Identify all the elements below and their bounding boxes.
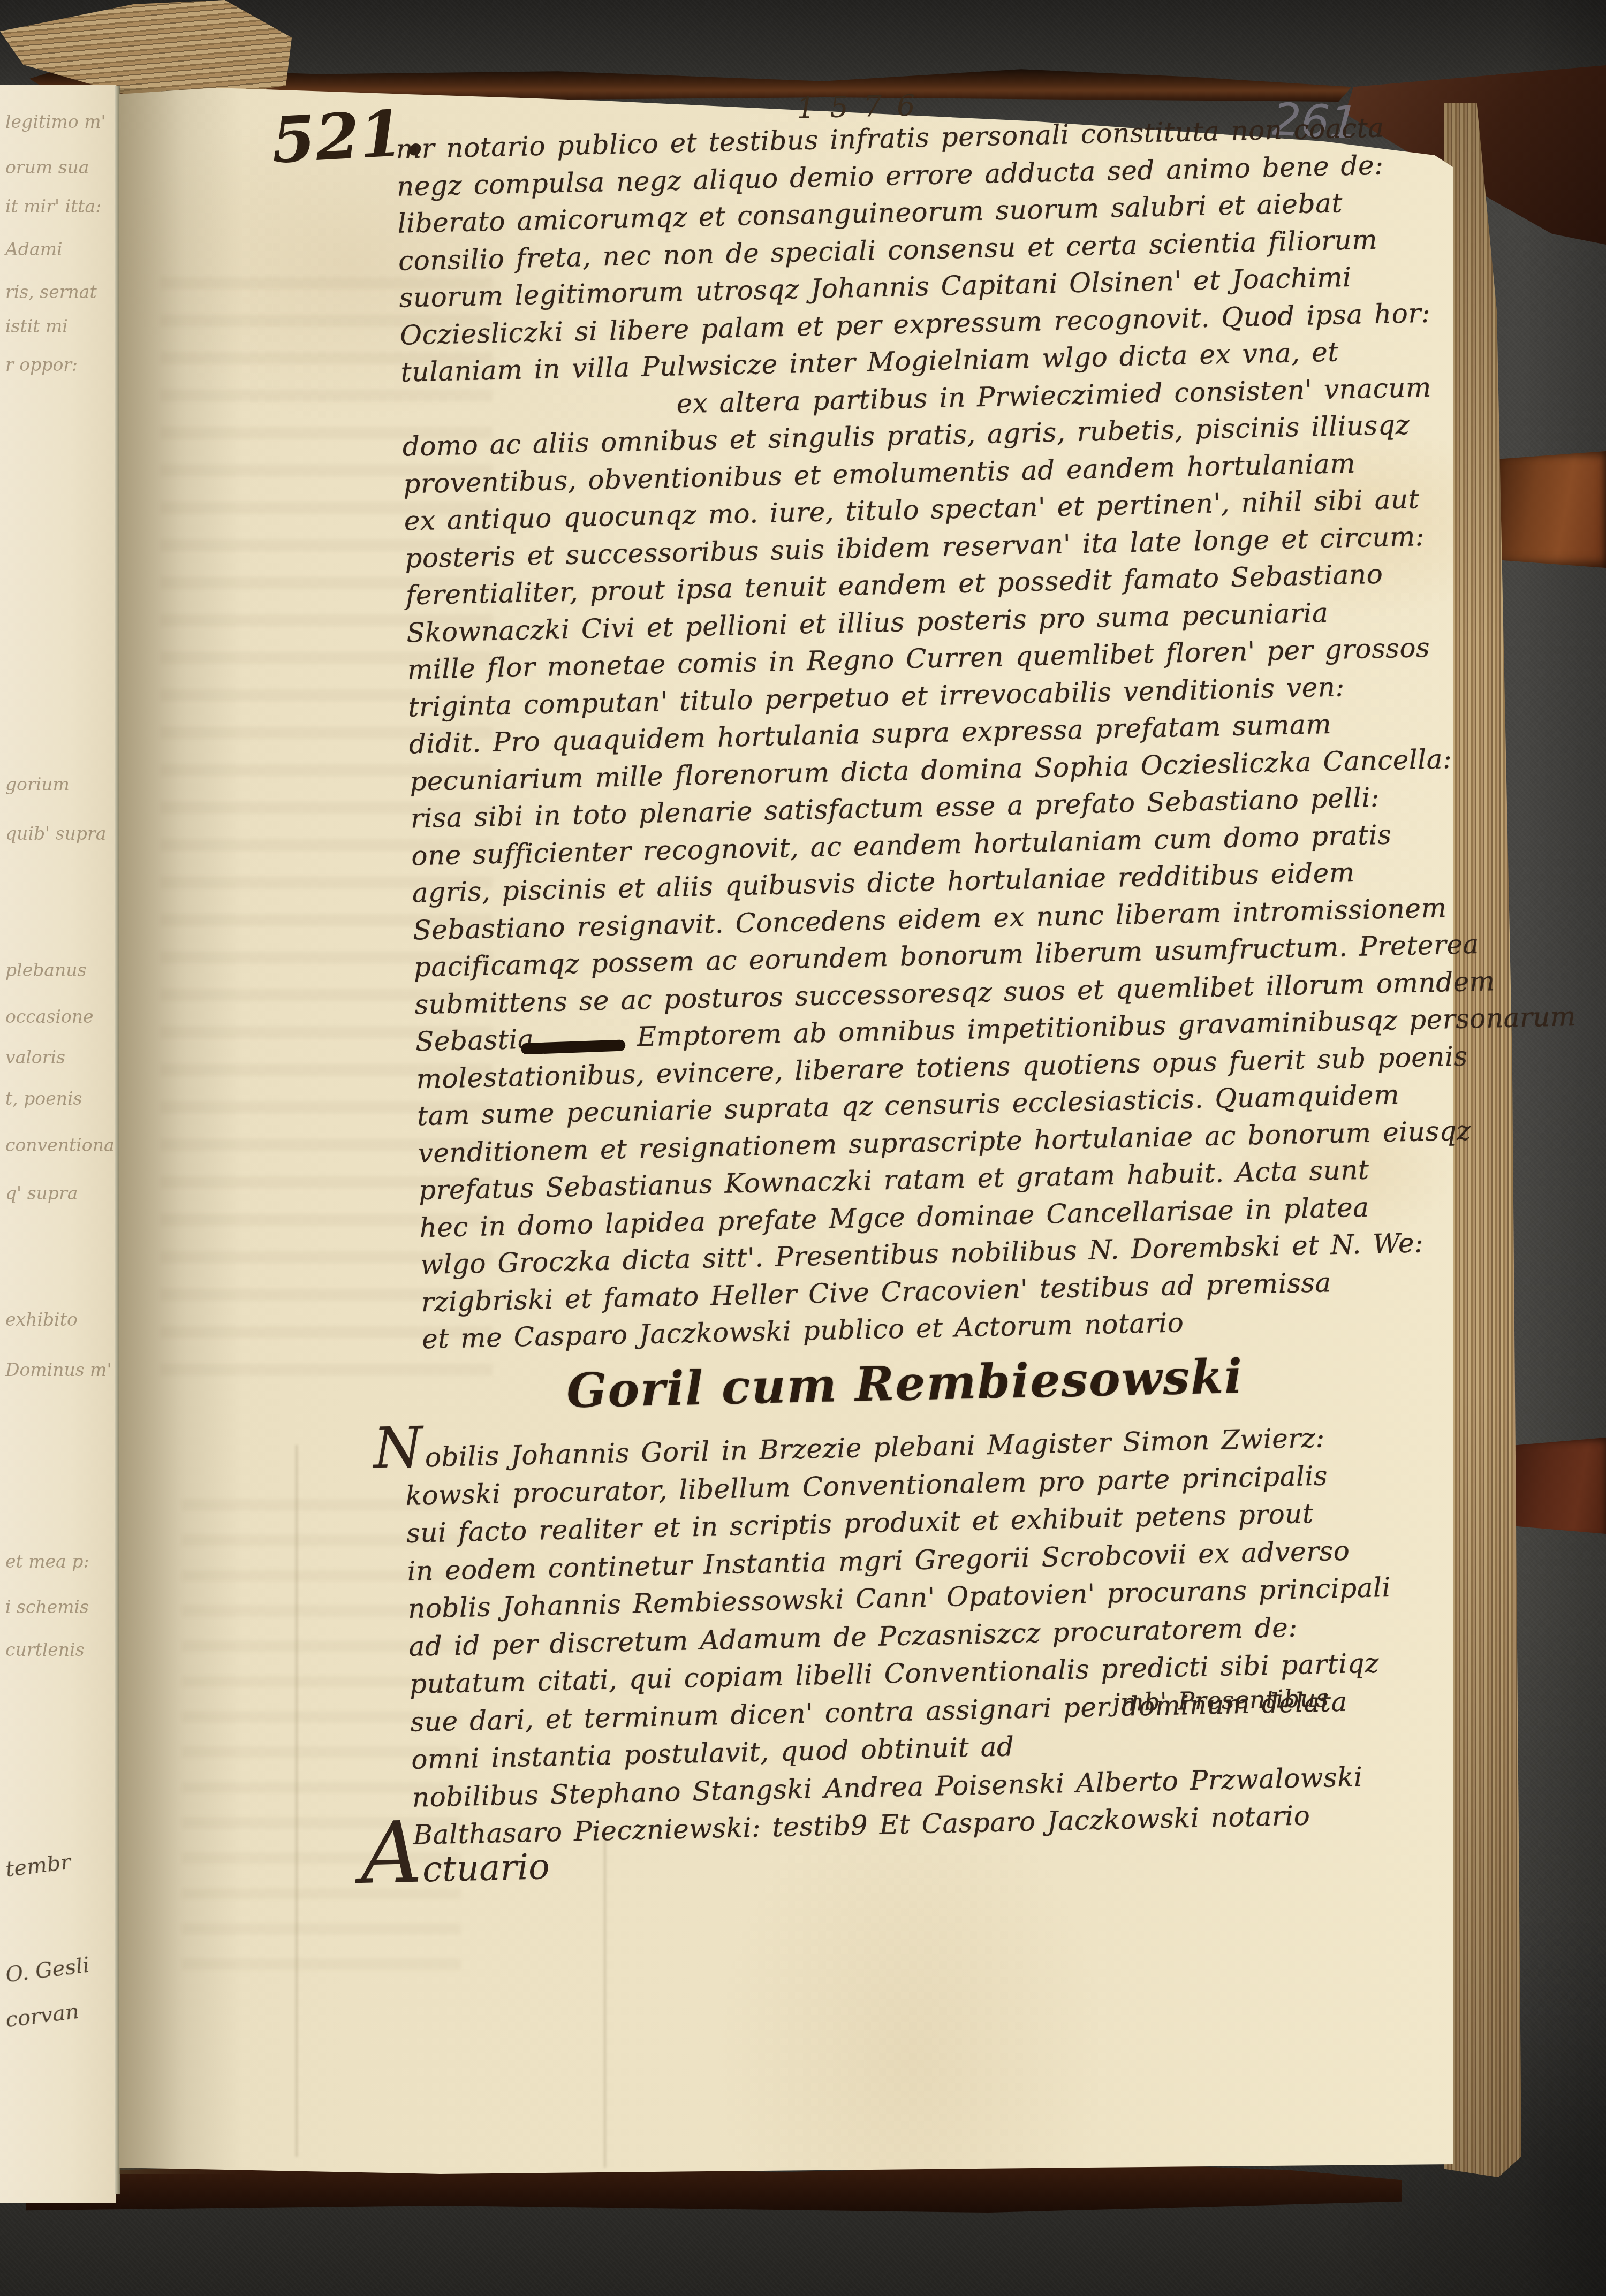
manuscript-photo: legitimo m'orum suait mir' itta:Adamiris… <box>0 0 1606 2296</box>
marginalia-ghost-text: legitimo m' <box>5 111 106 132</box>
book-strap-lower <box>1503 1438 1606 1534</box>
marginalia-ghost-text: i schemis <box>5 1596 89 1617</box>
marginalia-ghost-text: r oppor: <box>5 354 78 375</box>
marginalia-ghost-text: quib' supra <box>5 823 106 844</box>
marginalia-ghost-text: istit mi <box>5 316 68 337</box>
marginalia-ghost-text: tembr <box>4 1850 72 1882</box>
marginalia-ghost-text: q' supra <box>5 1183 78 1204</box>
marginalia-ghost-text: orum sua <box>5 157 89 178</box>
marginalia-ghost-text: gorium <box>5 774 70 795</box>
marginalia-ghost-text: ris, sernat <box>5 282 97 302</box>
marginalia-ghost-text: valoris <box>5 1047 65 1068</box>
inset-note: jmb' Presentibus <box>1112 1683 1329 1717</box>
marginalia-ghost-text: O. Gesli <box>4 1953 91 1988</box>
handwriting-layer: 521. 1576 261 mr notario publico et test… <box>119 59 1498 2173</box>
marginalia-ghost-text: exhibito <box>5 1309 78 1330</box>
entry-paragraph-1: mr notario publico et testibus infratis … <box>396 105 1583 1358</box>
marginalia-ghost-text: plebanus <box>5 960 86 980</box>
marginalia-ghost-text: Adami <box>5 239 62 260</box>
marginalia-ghost-text: Dominus m' <box>5 1359 111 1380</box>
marginalia-ghost-text: curtlenis <box>5 1639 85 1660</box>
marginalia-ghost-text: it mir' itta: <box>5 196 101 217</box>
closing-word: Actuario <box>360 1824 550 1891</box>
marginalia-ghost-text: et mea p: <box>5 1551 89 1572</box>
marginalia-ghost-text: t, poenis <box>5 1088 82 1109</box>
marginalia-ghost-text: corvan <box>4 1999 80 2032</box>
facing-page-sliver: legitimo m'orum suait mir' itta:Adamiris… <box>0 85 116 2203</box>
marginalia-ghost-text: occasione <box>5 1006 94 1027</box>
entry-heading: Goril cum Rembiesowski <box>566 1348 1244 1419</box>
entry-paragraph-2: Nobilis Johannis Goril in Brzezie pleban… <box>404 1407 1396 1854</box>
